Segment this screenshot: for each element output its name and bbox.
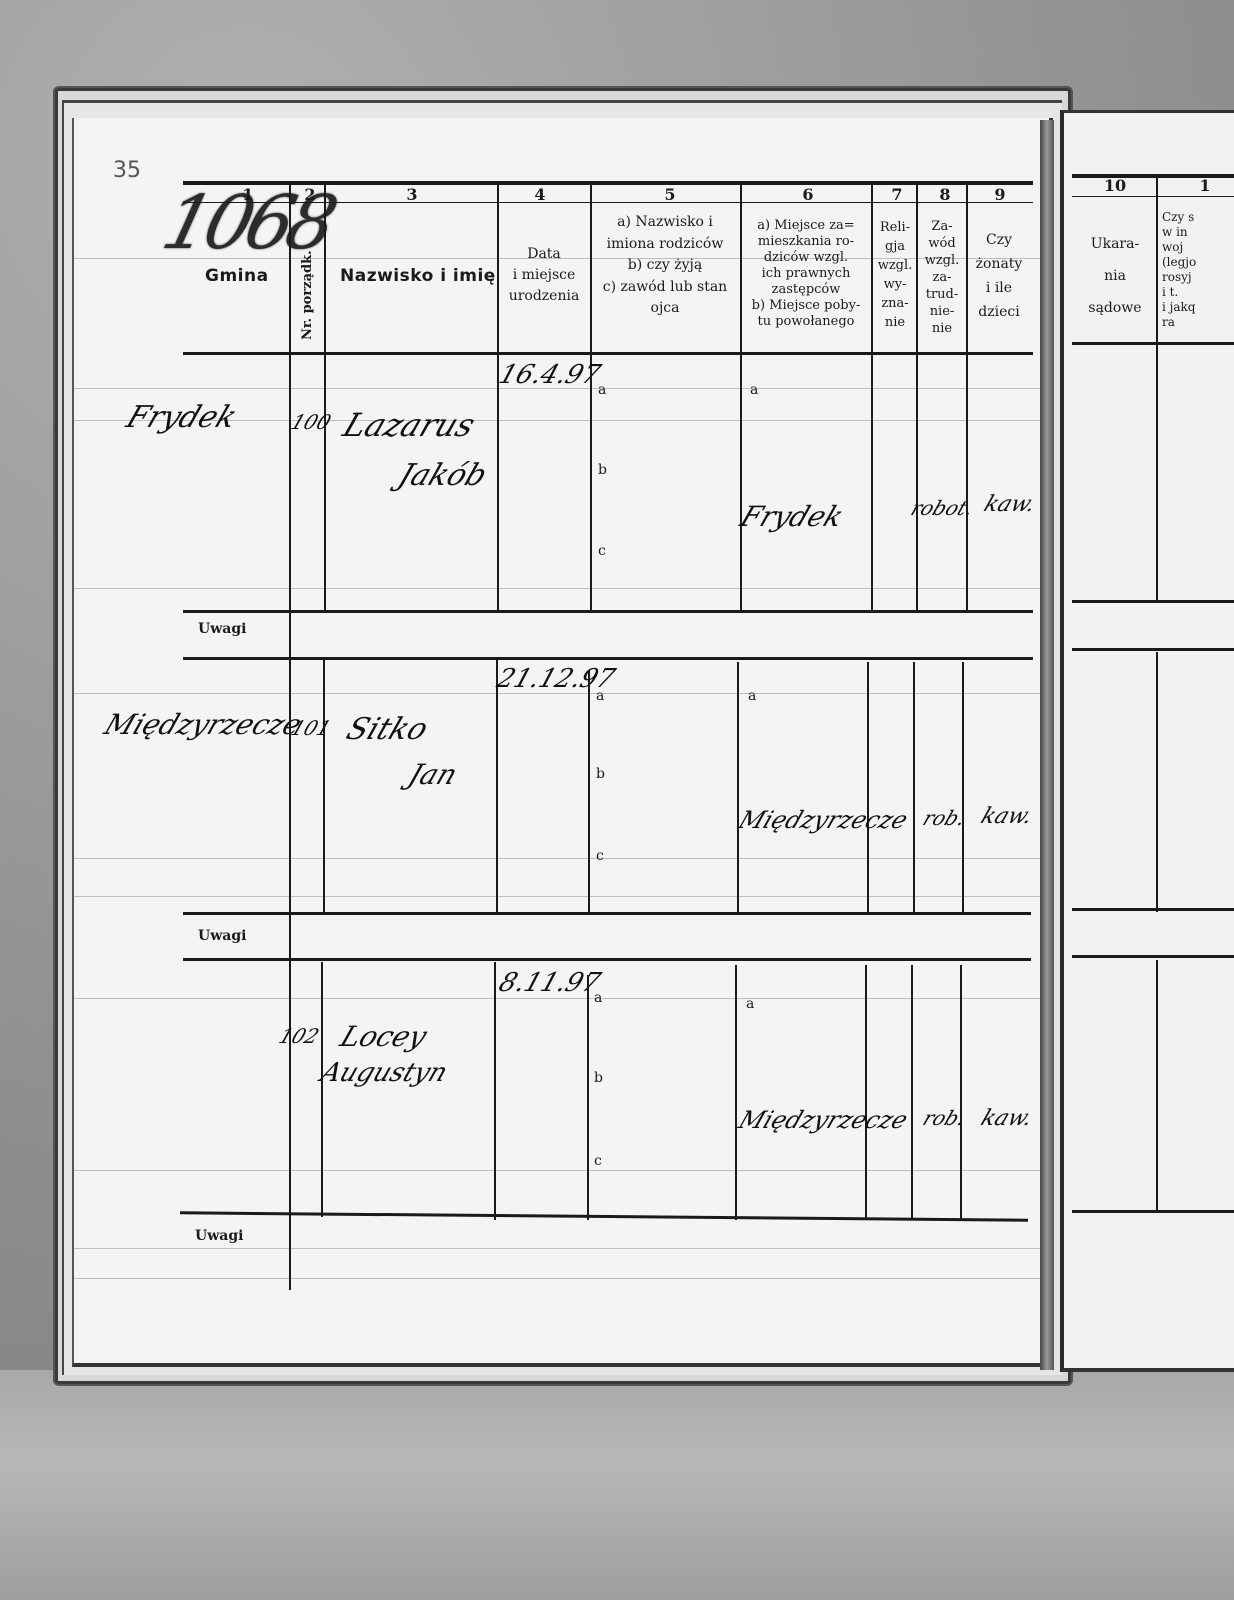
column-rule-6-7 bbox=[867, 662, 869, 914]
remarks-label-3: Uwagi bbox=[195, 1228, 243, 1244]
header-line: Data bbox=[498, 244, 590, 265]
header-line: a) Miejsce za= bbox=[740, 218, 872, 234]
column-rule-2-3 bbox=[324, 185, 326, 610]
column-rule-8-9 bbox=[966, 185, 968, 610]
header-line: woj bbox=[1162, 240, 1234, 255]
entry-1-bottom-rule bbox=[183, 610, 1033, 613]
header-line: gja bbox=[873, 237, 917, 256]
header-line: wzgl. bbox=[918, 252, 966, 269]
header-line: b) Miejsce poby- bbox=[740, 298, 872, 314]
entry-religion-marital: kaw. bbox=[977, 1106, 1036, 1131]
remarks-label-1: Uwagi bbox=[198, 621, 246, 637]
header-line: Ukara- bbox=[1073, 228, 1157, 260]
column-rule-4-5 bbox=[587, 975, 589, 1220]
right-entry-1-rule bbox=[1072, 600, 1234, 603]
header-line: ich prawnych bbox=[740, 266, 872, 282]
entry-religion-marital: kaw. bbox=[977, 804, 1036, 829]
entry-religion-marital: kaw. bbox=[980, 492, 1039, 517]
right-remarks-2-rule bbox=[1072, 955, 1234, 958]
sub-label-c: c bbox=[596, 848, 604, 864]
header-miejsce-zamieszkania: a) Miejsce za= mieszkania ro- dziców wzg… bbox=[740, 218, 872, 330]
column-rule-3-4 bbox=[496, 658, 498, 913]
header-line: imiona rodziców bbox=[590, 234, 740, 256]
column-number-11: 1 bbox=[1195, 176, 1215, 195]
header-line: trud- bbox=[918, 286, 966, 303]
header-line: (legjo bbox=[1162, 255, 1234, 270]
header-line: wód bbox=[918, 235, 966, 252]
header-line: w in bbox=[1162, 225, 1234, 240]
book-gutter bbox=[1040, 120, 1054, 1370]
column-rule-8-9 bbox=[960, 965, 962, 1220]
header-line: dzieci bbox=[968, 300, 1030, 324]
sub-label-c: c bbox=[598, 543, 606, 559]
header-col11-partial: Czy s w in woj (legjo rosyj i t. i jakq … bbox=[1162, 210, 1234, 330]
header-line: ojca bbox=[590, 298, 740, 320]
column-rule-10-11 bbox=[1156, 178, 1158, 600]
entry-gmina: Frydek bbox=[122, 400, 242, 435]
column-rule-10-11 bbox=[1156, 960, 1158, 1212]
header-line: i t. bbox=[1162, 285, 1234, 300]
column-rule-2-3 bbox=[323, 658, 325, 913]
entry-occupation: rob. bbox=[920, 1106, 970, 1130]
column-rule-4-5 bbox=[588, 670, 590, 913]
entry-surname: Lazarus bbox=[338, 406, 480, 444]
column-rule-5-6 bbox=[740, 185, 742, 610]
entry-residence: Międzyrzecze bbox=[735, 1106, 912, 1134]
header-line: nie bbox=[918, 320, 966, 337]
header-zawod: Za- wód wzgl. za- trud- nie- nie bbox=[918, 218, 966, 337]
header-line: i miejsce bbox=[498, 265, 590, 286]
header-line: wy- bbox=[873, 275, 917, 294]
column-rule-6-7 bbox=[865, 965, 867, 1220]
header-line: nie- bbox=[918, 303, 966, 320]
ruled-line bbox=[74, 588, 1049, 589]
header-czy-zonaty: Czy żonaty i ile dzieci bbox=[968, 228, 1030, 324]
entry-surname: Locey bbox=[336, 1020, 432, 1053]
entry-birth-date: 16.4.97 bbox=[495, 360, 604, 390]
remarks-2-bottom-rule bbox=[183, 958, 1031, 961]
header-line: nie bbox=[873, 313, 917, 332]
header-line: a) Nazwisko i bbox=[590, 212, 740, 234]
column-number-6: 6 bbox=[798, 185, 818, 204]
header-nr-porzadkowy: Nr. porządk. bbox=[300, 250, 315, 340]
ruled-line bbox=[74, 998, 1049, 999]
header-rodzice: a) Nazwisko i imiona rodziców b) czy żyj… bbox=[590, 212, 740, 320]
entry-residence: Frydek bbox=[736, 500, 848, 533]
column-rule-7-8 bbox=[911, 965, 913, 1220]
column-rule-6-7 bbox=[871, 185, 873, 610]
header-line: c) zawód lub stan bbox=[590, 277, 740, 299]
right-entry-3-rule bbox=[1072, 1210, 1234, 1213]
column-rule-7-8 bbox=[913, 662, 915, 914]
sub-label-b: b bbox=[598, 462, 607, 478]
header-line: zastępców bbox=[740, 282, 872, 298]
column-number-10: 10 bbox=[1100, 176, 1130, 195]
header-line: i ile bbox=[968, 276, 1030, 300]
header-ukarania-sadowe: Ukara- nia sądowe bbox=[1073, 228, 1157, 324]
entry-given-name: Jakób bbox=[394, 458, 492, 493]
entry-birth-date: 21.12.97 bbox=[493, 664, 619, 694]
header-line: Reli- bbox=[873, 218, 917, 237]
ruled-line bbox=[74, 896, 1049, 897]
ruled-line bbox=[74, 1170, 1049, 1171]
header-line: wzgl. bbox=[873, 256, 917, 275]
column-number-4: 4 bbox=[530, 185, 550, 204]
right-entry-2-rule bbox=[1072, 908, 1234, 911]
column-rule-3-4 bbox=[494, 962, 496, 1220]
remarks-label-2: Uwagi bbox=[198, 928, 246, 944]
entry-residence: Międzyrzecze bbox=[735, 806, 912, 834]
column-number-9: 9 bbox=[990, 185, 1010, 204]
column-rule-7-8 bbox=[916, 185, 918, 610]
header-line: ra bbox=[1162, 315, 1234, 330]
header-line: b) czy żyją bbox=[590, 255, 740, 277]
entry-occupation: robot. bbox=[908, 496, 978, 520]
column-rule-10-11 bbox=[1156, 652, 1158, 912]
sub-label-a: a bbox=[746, 996, 754, 1012]
header-line: sądowe bbox=[1073, 292, 1157, 324]
column-rule-3-4 bbox=[497, 185, 499, 610]
column-rule-5-6 bbox=[735, 965, 737, 1220]
sub-label-a: a bbox=[598, 382, 606, 398]
header-line: dziców wzgl. bbox=[740, 250, 872, 266]
sub-label-a: a bbox=[748, 688, 756, 704]
header-religia: Reli- gja wzgl. wy- zna- nie bbox=[873, 218, 917, 332]
column-number-1: 1 bbox=[238, 185, 258, 204]
header-line: Za- bbox=[918, 218, 966, 235]
header-line: Czy bbox=[968, 228, 1030, 252]
header-line: tu powołanego bbox=[740, 314, 872, 330]
sub-label-a: a bbox=[750, 382, 758, 398]
remarks-1-bottom-rule bbox=[183, 657, 1033, 660]
ruled-line bbox=[74, 858, 1049, 859]
header-line: za- bbox=[918, 269, 966, 286]
column-rule-5-6 bbox=[737, 662, 739, 914]
header-gmina: Gmina bbox=[205, 266, 269, 286]
column-number-8: 8 bbox=[935, 185, 955, 204]
entry-gmina: Międzyrzecze bbox=[100, 708, 306, 741]
header-nazwisko-imie: Nazwisko i imię bbox=[340, 266, 496, 286]
header-data-urodzenia: Data i miejsce urodzenia bbox=[498, 244, 590, 307]
column-number-2: 2 bbox=[300, 185, 320, 204]
column-number-5: 5 bbox=[660, 185, 680, 204]
header-line: i jakq bbox=[1162, 300, 1234, 315]
sub-label-c: c bbox=[594, 1153, 602, 1169]
entry-given-name: Augustyn bbox=[317, 1058, 452, 1088]
header-line: rosyj bbox=[1162, 270, 1234, 285]
column-number-3: 3 bbox=[402, 185, 422, 204]
entry-2-bottom-rule bbox=[183, 912, 1031, 915]
pencil-page-number: 35 bbox=[113, 158, 141, 183]
header-line: mieszkania ro- bbox=[740, 234, 872, 250]
column-rule-4-5 bbox=[590, 185, 592, 610]
column-rule-8-9 bbox=[962, 662, 964, 914]
header-line: żonaty bbox=[968, 252, 1030, 276]
header-line: urodzenia bbox=[498, 286, 590, 307]
header-line: nia bbox=[1073, 260, 1157, 292]
entry-occupation: rob. bbox=[920, 806, 970, 830]
header-bottom-rule-right bbox=[1072, 342, 1234, 345]
scan-background-lower bbox=[0, 1370, 1234, 1600]
entry-surname: Sitko bbox=[342, 712, 433, 747]
header-line: Czy s bbox=[1162, 210, 1234, 225]
sub-label-b: b bbox=[594, 1070, 603, 1086]
sub-label-b: b bbox=[596, 766, 605, 782]
header-line: zna- bbox=[873, 294, 917, 313]
column-rule-2-3 bbox=[321, 962, 323, 1217]
ruled-line bbox=[74, 1248, 1049, 1249]
ruled-line bbox=[74, 1278, 1049, 1279]
entry-birth-date: 8.11.97 bbox=[495, 968, 604, 998]
right-remarks-1-rule bbox=[1072, 648, 1234, 651]
header-bottom-rule bbox=[183, 352, 1033, 355]
header-number-row-rule-right bbox=[1072, 196, 1234, 197]
column-number-7: 7 bbox=[887, 185, 907, 204]
